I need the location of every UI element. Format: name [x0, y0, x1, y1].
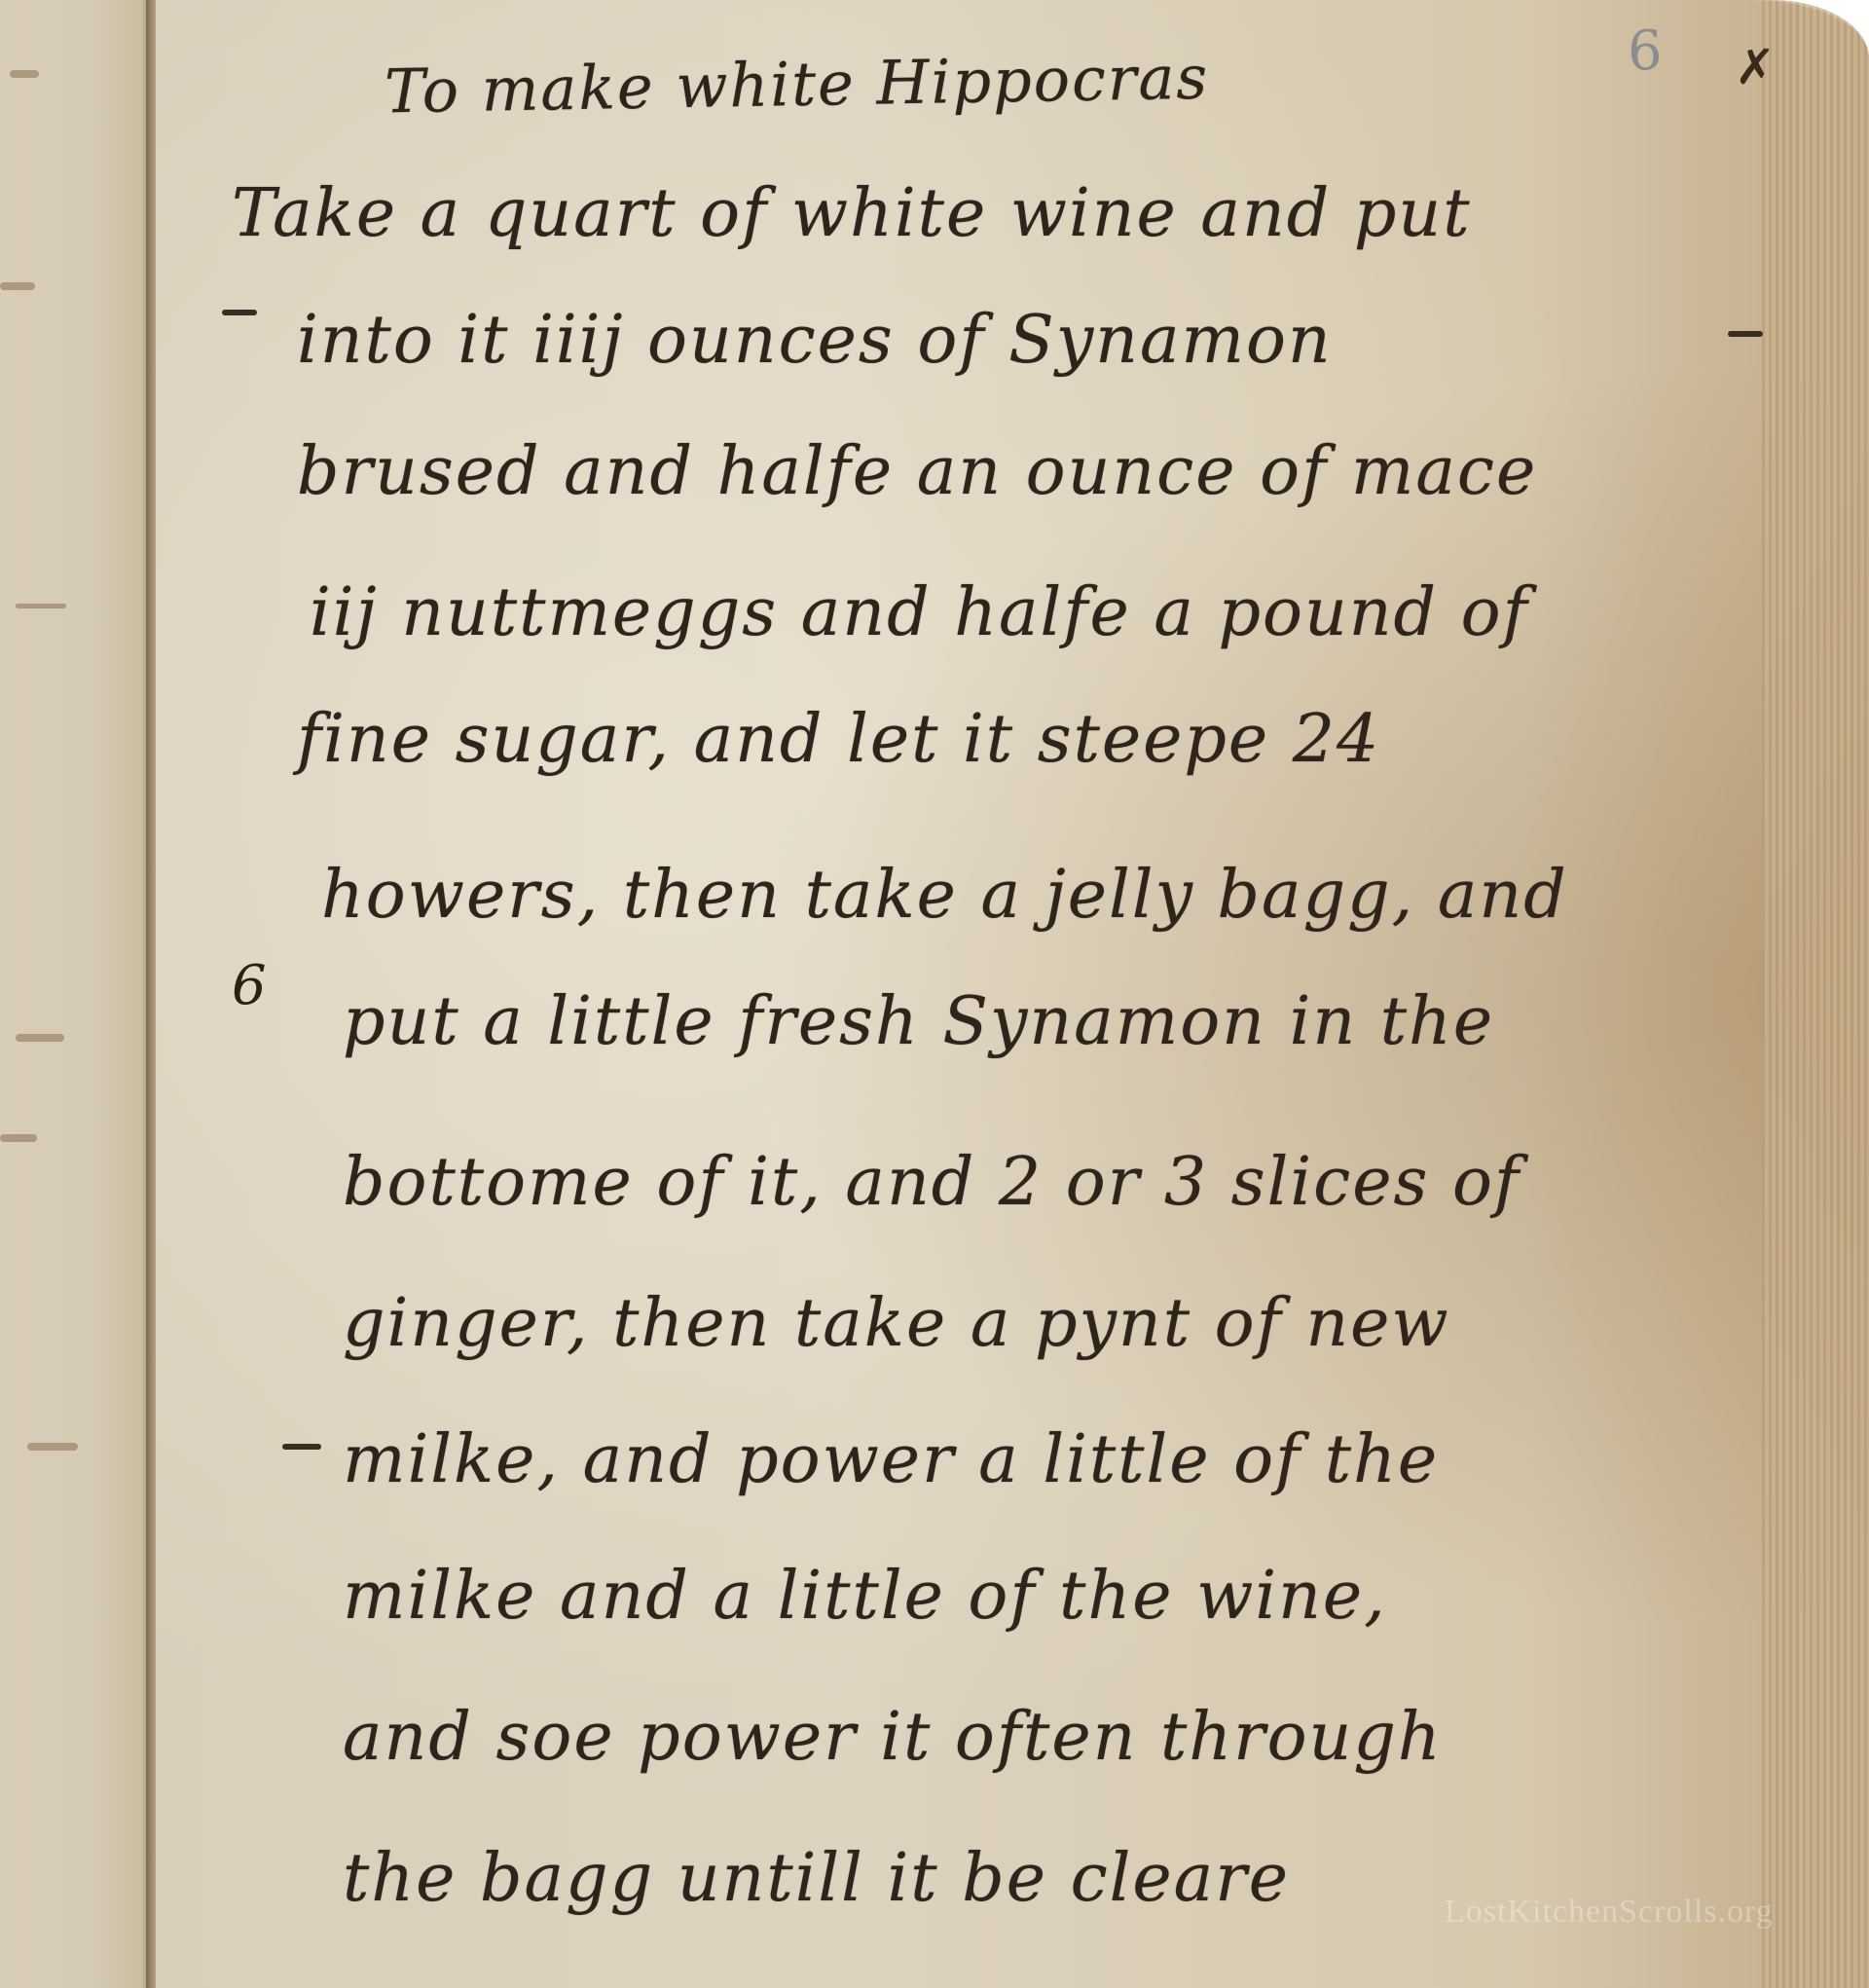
text-line: into it iiij ounces of Synamon: [297, 302, 1333, 379]
facing-page-left: [0, 0, 154, 1988]
text-line: put a little fresh Synamon in the: [343, 983, 1494, 1060]
text-line: fine sugar, and let it steepe 24: [297, 701, 1380, 778]
text-line: and soe power it often through: [343, 1699, 1443, 1776]
text-line: howers, then take a jelly bagg, and: [321, 857, 1568, 934]
watermark: LostKitchenScrolls.org: [1445, 1894, 1774, 1931]
recipe-title: To make white Hippocras: [384, 42, 1209, 128]
folio-mark: ✗: [1735, 39, 1776, 95]
margin-dash: [222, 310, 257, 315]
text-line: iij nuttmeggs and halfe a pound of: [310, 574, 1529, 651]
margin-dash: [282, 1444, 321, 1450]
text-line: ginger, then take a pynt of new: [343, 1285, 1450, 1362]
text-line: the bagg untill it be cleare: [343, 1840, 1290, 1917]
text-line: milke, and power a little of the: [343, 1421, 1439, 1498]
text-line: milke and a little of the wine,: [343, 1558, 1387, 1635]
text-line: brused and halfe an ounce of mace: [297, 433, 1537, 510]
margin-note: 6: [232, 954, 267, 1017]
margin-dash: [1728, 331, 1763, 337]
page-edges: [1762, 0, 1869, 1988]
text-line: Take a quart of white wine and put: [232, 175, 1472, 252]
text-line: bottome of it, and 2 or 3 slices of: [343, 1144, 1521, 1221]
folio-number: 6: [1628, 19, 1663, 83]
